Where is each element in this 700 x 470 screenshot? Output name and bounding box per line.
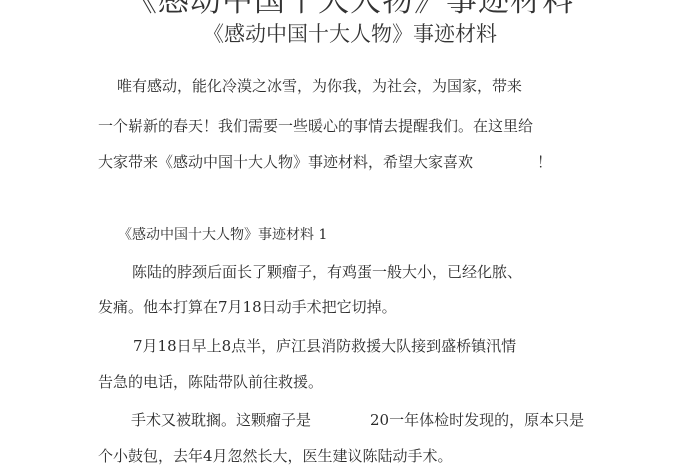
intro-line-2: 一个崭新的春天！我们需要一些暖心的事情去提醒我们。在这里给 — [98, 116, 533, 136]
intro-line-3-exclamation: ！ — [537, 152, 552, 172]
paragraph-3-line-1-part-a: 手术又被耽搁。这颗瘤子是 — [131, 410, 311, 430]
intro-line-3: 大家带来《感动中国十大人物》事迹材料，希望大家喜欢 — [98, 152, 473, 172]
section-heading: 《感动中国十大人物》事迹材料 1 — [118, 225, 327, 245]
paragraph-3-line-1-part-b: 20一年体检时发现的，原本只是 — [370, 410, 584, 430]
document-title-large: 《感动中国十大人物》事迹材料 — [0, 0, 700, 18]
paragraph-2-line-2: 告急的电话，陈陆带队前往救援。 — [98, 372, 323, 392]
paragraph-2-line-1: 7月18日早上8点半，庐江县消防救援大队接到盛桥镇汛情 — [133, 336, 516, 356]
paragraph-1-line-2: 发痛。他本打算在7月18日动手术把它切掉。 — [98, 297, 397, 317]
document-page: 《感动中国十大人物》事迹材料 《感动中国十大人物》事迹材料 唯有感动，能化冷漠之… — [0, 0, 700, 470]
paragraph-1-line-1: 陈陆的脖颈后面长了颗瘤子，有鸡蛋一般大小，已经化脓、 — [132, 262, 522, 282]
paragraph-3-line-2: 个小鼓包，去年4月忽然长大，医生建议陈陆动手术。 — [98, 446, 453, 466]
intro-line-1: 唯有感动，能化冷漠之冰雪，为你我，为社会，为国家，带来 — [117, 76, 522, 96]
document-subtitle: 《感动中国十大人物》事迹材料 — [0, 20, 700, 48]
